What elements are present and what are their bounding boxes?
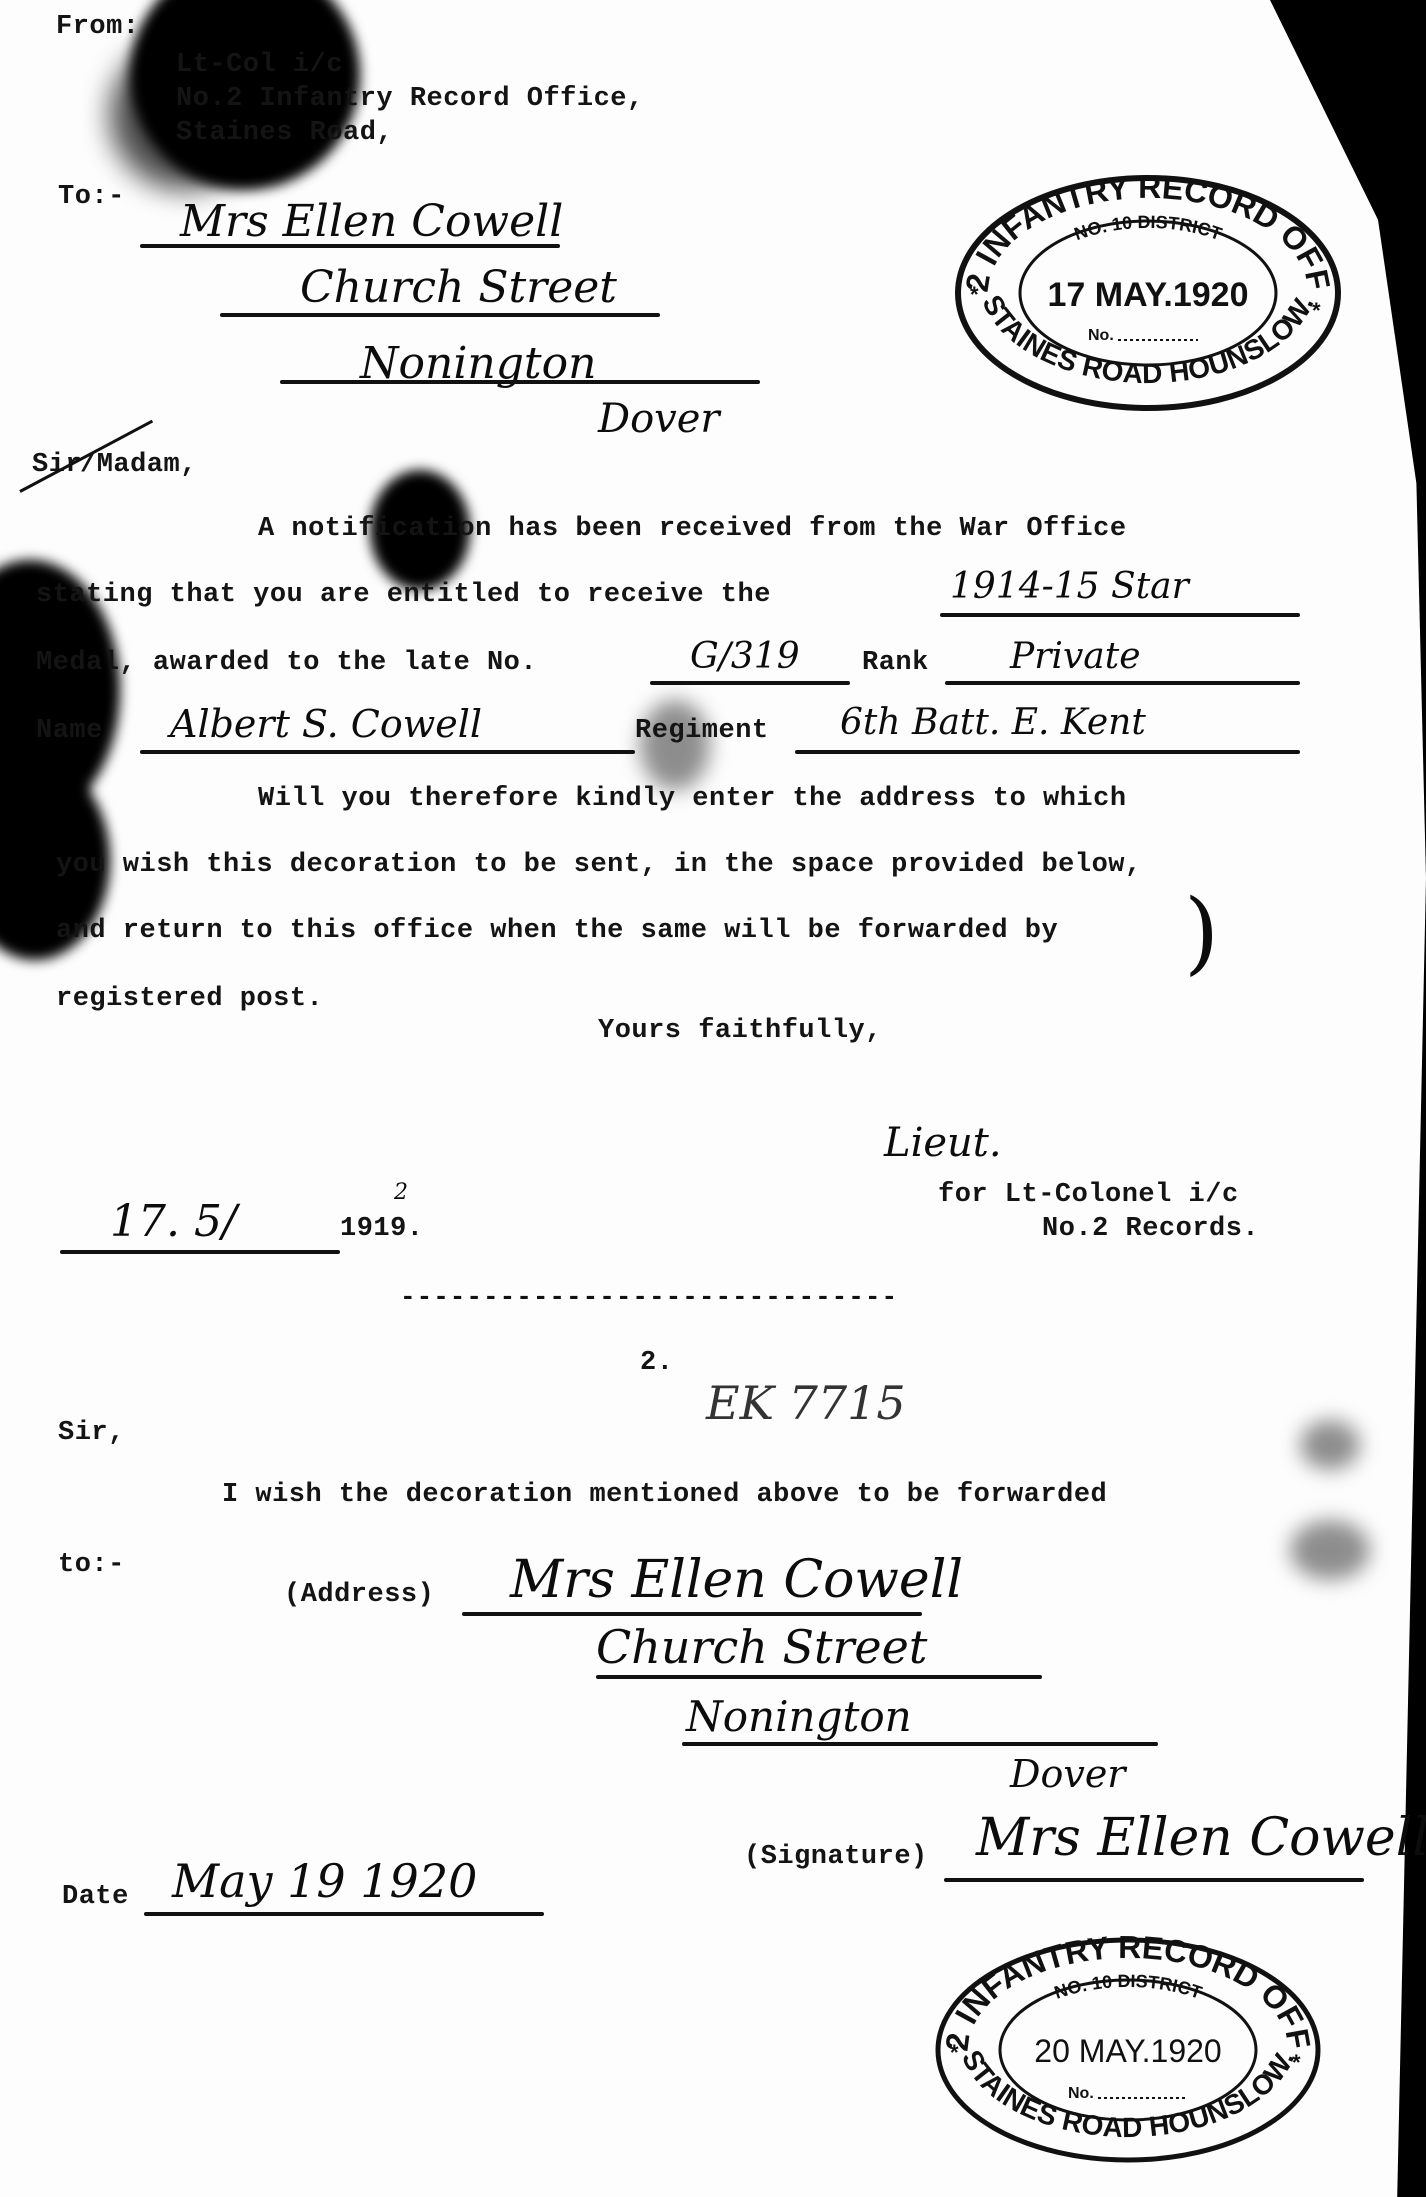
stamp-star-icon: *	[1292, 2050, 1301, 2075]
reply-text: I wish the decoration mentioned above to…	[222, 1480, 1107, 1510]
address-village-line	[682, 1742, 1158, 1746]
para2-line-4: registered post.	[56, 984, 323, 1014]
stamp-bottom-no-label: No.	[1068, 2085, 1094, 2102]
letter-date-year: 1919.	[340, 1214, 424, 1244]
medal-name: 1914-15 Star	[950, 566, 1189, 607]
stamp-top-inner-text: NO. 10 DISTRICT	[1072, 212, 1225, 244]
stamp-star-icon: *	[950, 2040, 959, 2065]
regiment-value: 6th Batt. E. Kent	[840, 702, 1146, 743]
pencil-bracket: )	[1184, 880, 1219, 985]
document-page: From: Lt-Col i/c No.2 Infantry Record Of…	[0, 0, 1426, 2197]
address-village: Nonington	[686, 1692, 912, 1741]
signature-label: (Signature)	[744, 1842, 928, 1872]
stamp-bottom-inner-text: NO. 10 DISTRICT	[1052, 1971, 1205, 2003]
body-line-1: A notification has been received from th…	[258, 514, 1127, 544]
letter-date-hand: 17. 5/	[110, 1196, 237, 1247]
name-label: Name	[36, 716, 103, 746]
reply-page-number: 2.	[640, 1348, 673, 1378]
recipient-name-line	[140, 244, 560, 248]
signature-line	[944, 1878, 1364, 1882]
officer-signature: Lieut.	[884, 1120, 1002, 1166]
salutation-text: /Madam,	[80, 450, 197, 480]
from-line-3: Staines Road,	[176, 118, 393, 148]
address-town: Dover	[1010, 1752, 1125, 1796]
body-line-3: Medal, awarded to the late No.	[36, 648, 537, 678]
reply-date-label: Date	[62, 1882, 129, 1912]
from-label: From:	[56, 12, 140, 42]
sign-off: Yours faithfully,	[598, 1016, 882, 1046]
stamp-top-date: 17 MAY.1920	[1047, 276, 1248, 314]
regiment-line	[795, 750, 1300, 754]
address-street-line	[596, 1675, 1042, 1679]
para2-line-1: Will you therefore kindly enter the addr…	[258, 784, 1127, 814]
recipient-village-line	[280, 380, 760, 384]
divider-line: ------------------------------	[400, 1282, 898, 1312]
address-street: Church Street	[596, 1620, 927, 1674]
received-stamp-bottom: No 2 INFANTRY RECORD OFFICE NO. 10 DISTR…	[928, 1930, 1328, 2170]
para2-line-3: and return to this office when the same …	[56, 916, 1058, 946]
reply-salutation: Sir,	[58, 1418, 125, 1448]
reply-date-line	[144, 1912, 544, 1916]
for-line: for Lt-Colonel i/c	[938, 1180, 1239, 1210]
salutation-struck: Sir	[32, 450, 82, 480]
recipient-town: Dover	[598, 396, 720, 442]
received-stamp-top: No 2 INFANTRY RECORD OFFICE NO. 10 DISTR…	[948, 168, 1348, 418]
smudge-1	[1300, 1420, 1360, 1470]
to-label: To:-	[58, 182, 125, 212]
address-label: (Address)	[284, 1580, 434, 1610]
service-number: G/319	[690, 636, 800, 677]
regiment-label: Regiment	[635, 716, 769, 746]
soldier-name: Albert S. Cowell	[170, 702, 482, 746]
address-name-line	[462, 1612, 922, 1616]
service-number-line	[650, 681, 850, 685]
reply-signature: Mrs Ellen Cowell	[976, 1808, 1426, 1868]
stamp-star-icon: *	[970, 282, 979, 307]
from-line-2: No.2 Infantry Record Office,	[176, 84, 644, 114]
reference-number: EK 7715	[706, 1376, 906, 1430]
reply-date: May 19 1920	[172, 1854, 477, 1908]
recipient-name: Mrs Ellen Cowell	[180, 196, 563, 247]
soldier-name-line	[140, 750, 635, 754]
records-line: No.2 Records.	[1042, 1214, 1259, 1244]
year-correction: 2	[394, 1180, 408, 1205]
stamp-top-no-label: No.	[1088, 327, 1114, 344]
stamp-bottom-date: 20 MAY.1920	[1034, 2033, 1221, 2069]
rank-value: Private	[1010, 636, 1141, 677]
smudge-2	[1290, 1520, 1370, 1580]
rank-label: Rank	[862, 648, 929, 678]
stamp-star-icon: *	[1312, 298, 1321, 323]
address-name: Mrs Ellen Cowell	[510, 1550, 963, 1610]
para2-line-2: you wish this decoration to be sent, in …	[56, 850, 1142, 880]
body-line-2: stating that you are entitled to receive…	[36, 580, 771, 610]
from-line-1: Lt-Col i/c	[176, 50, 343, 80]
recipient-street: Church Street	[300, 262, 617, 313]
rank-line	[945, 681, 1300, 685]
letter-date-line	[60, 1250, 340, 1254]
reply-to-label: to:-	[58, 1550, 125, 1580]
recipient-street-line	[220, 313, 660, 317]
medal-line	[940, 613, 1300, 617]
